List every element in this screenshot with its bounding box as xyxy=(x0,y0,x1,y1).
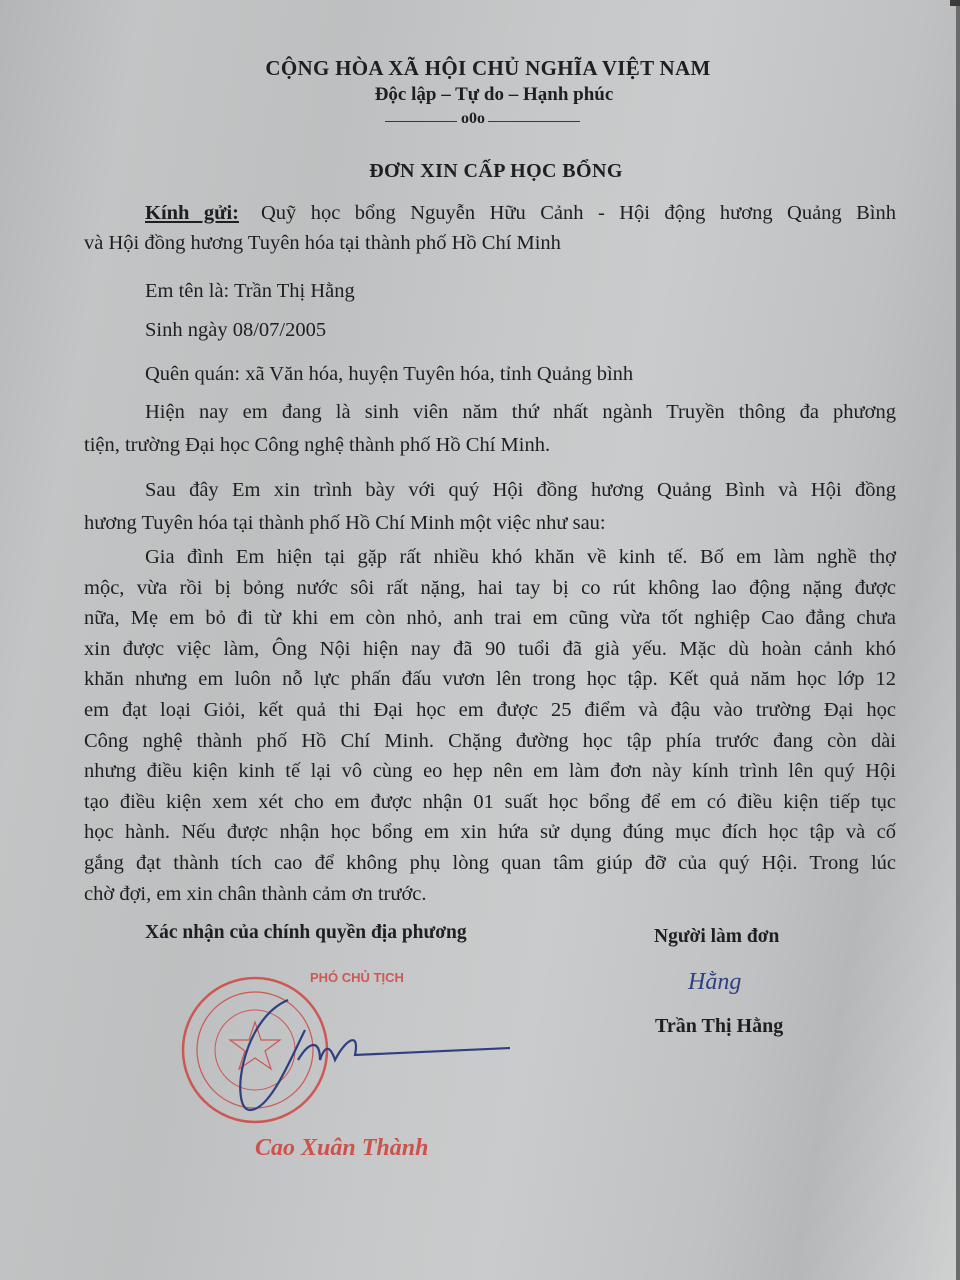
svg-text:Hằng: Hằng xyxy=(687,969,741,995)
national-header: CỘNG HÒA XÃ HỘI CHỦ NGHĨA VIỆT NAM xyxy=(0,56,960,81)
paragraph-line: Hiện nay em đang là sinh viên năm thứ nh… xyxy=(145,401,896,424)
divider-left xyxy=(385,121,457,122)
applicant-signature: Hằng xyxy=(680,955,760,1005)
hometown-line: Quên quán: xã Văn hóa, huyện Tuyên hóa, … xyxy=(145,363,633,386)
motto: Độc lập – Tự do – Hạnh phúc xyxy=(0,84,960,106)
paragraph-line: Gia đình Em hiện tại gặp rất nhiều khó k… xyxy=(145,546,896,569)
recipient-text-1: Quỹ học bổng Nguyễn Hữu Cảnh - Hội động … xyxy=(261,202,896,224)
paragraph-line: khăn nhưng em luôn nỗ lực phấn đấu vươn … xyxy=(84,668,896,691)
paragraph-line: học hành. Nếu được nhận học bổng em xin … xyxy=(84,821,896,844)
paragraph-line: Sau đây Em xin trình bày với quý Hội đồn… xyxy=(145,479,896,502)
paragraph-line: hương Tuyên hóa tại thành phố Hồ Chí Min… xyxy=(84,512,606,535)
paragraph-line: em đạt loại Giỏi, kết quả thi Đại học em… xyxy=(84,699,896,722)
divider-right xyxy=(488,121,580,122)
paragraph-line: Công nghệ thành phố Hồ Chí Minh. Chặng đ… xyxy=(84,730,896,753)
official-stamp: PHÓ CHỦ TỊCH Cao Xuân Thành xyxy=(170,960,510,1170)
paragraph-line: chờ đợi, em xin chân thành cảm ơn trước. xyxy=(84,883,427,906)
recipient-label: Kính gửi: xyxy=(145,202,239,224)
local-confirmation-label: Xác nhận của chính quyền địa phương xyxy=(145,922,467,944)
photo-edge xyxy=(956,0,960,1280)
applicant-name: Trần Thị Hằng xyxy=(655,1015,783,1038)
recipient-line-2: và Hội đồng hương Tuyên hóa tại thành ph… xyxy=(84,232,561,255)
birth-line: Sinh ngày 08/07/2005 xyxy=(145,319,326,342)
paragraph-line: nữa, Mẹ em bỏ đi từ khi em còn nhỏ, anh … xyxy=(84,607,896,630)
applicant-label: Người làm đơn xyxy=(654,926,779,948)
stamp-title: PHÓ CHỦ TỊCH xyxy=(310,970,404,985)
paragraph-line: xin được việc làm, Ông Nội hiện nay đã 9… xyxy=(84,638,896,661)
paragraph-line: tiện, trường Đại học Công nghệ thành phố… xyxy=(84,434,550,457)
paragraph-line: nhưng điều kiện kinh tế lại vô cùng eo h… xyxy=(84,760,896,783)
name-line: Em tên là: Trần Thị Hằng xyxy=(145,280,355,303)
document-title: ĐƠN XIN CẤP HỌC BỔNG xyxy=(0,160,960,183)
paragraph-line: gắng đạt thành tích cao để không phụ lòn… xyxy=(84,852,896,875)
ornament: o0o xyxy=(458,110,488,128)
paragraph-line: mộc, vừa rồi bị bỏng nước sôi rất nặng, … xyxy=(84,577,896,600)
paragraph-line: tạo điều kiện xem xét cho em được nhận 0… xyxy=(84,791,896,814)
recipient-line-1: Kính gửi:Quỹ học bổng Nguyễn Hữu Cảnh - … xyxy=(145,202,896,225)
stamp-official-name: Cao Xuân Thành xyxy=(255,1135,428,1161)
photo-corner xyxy=(950,0,960,6)
